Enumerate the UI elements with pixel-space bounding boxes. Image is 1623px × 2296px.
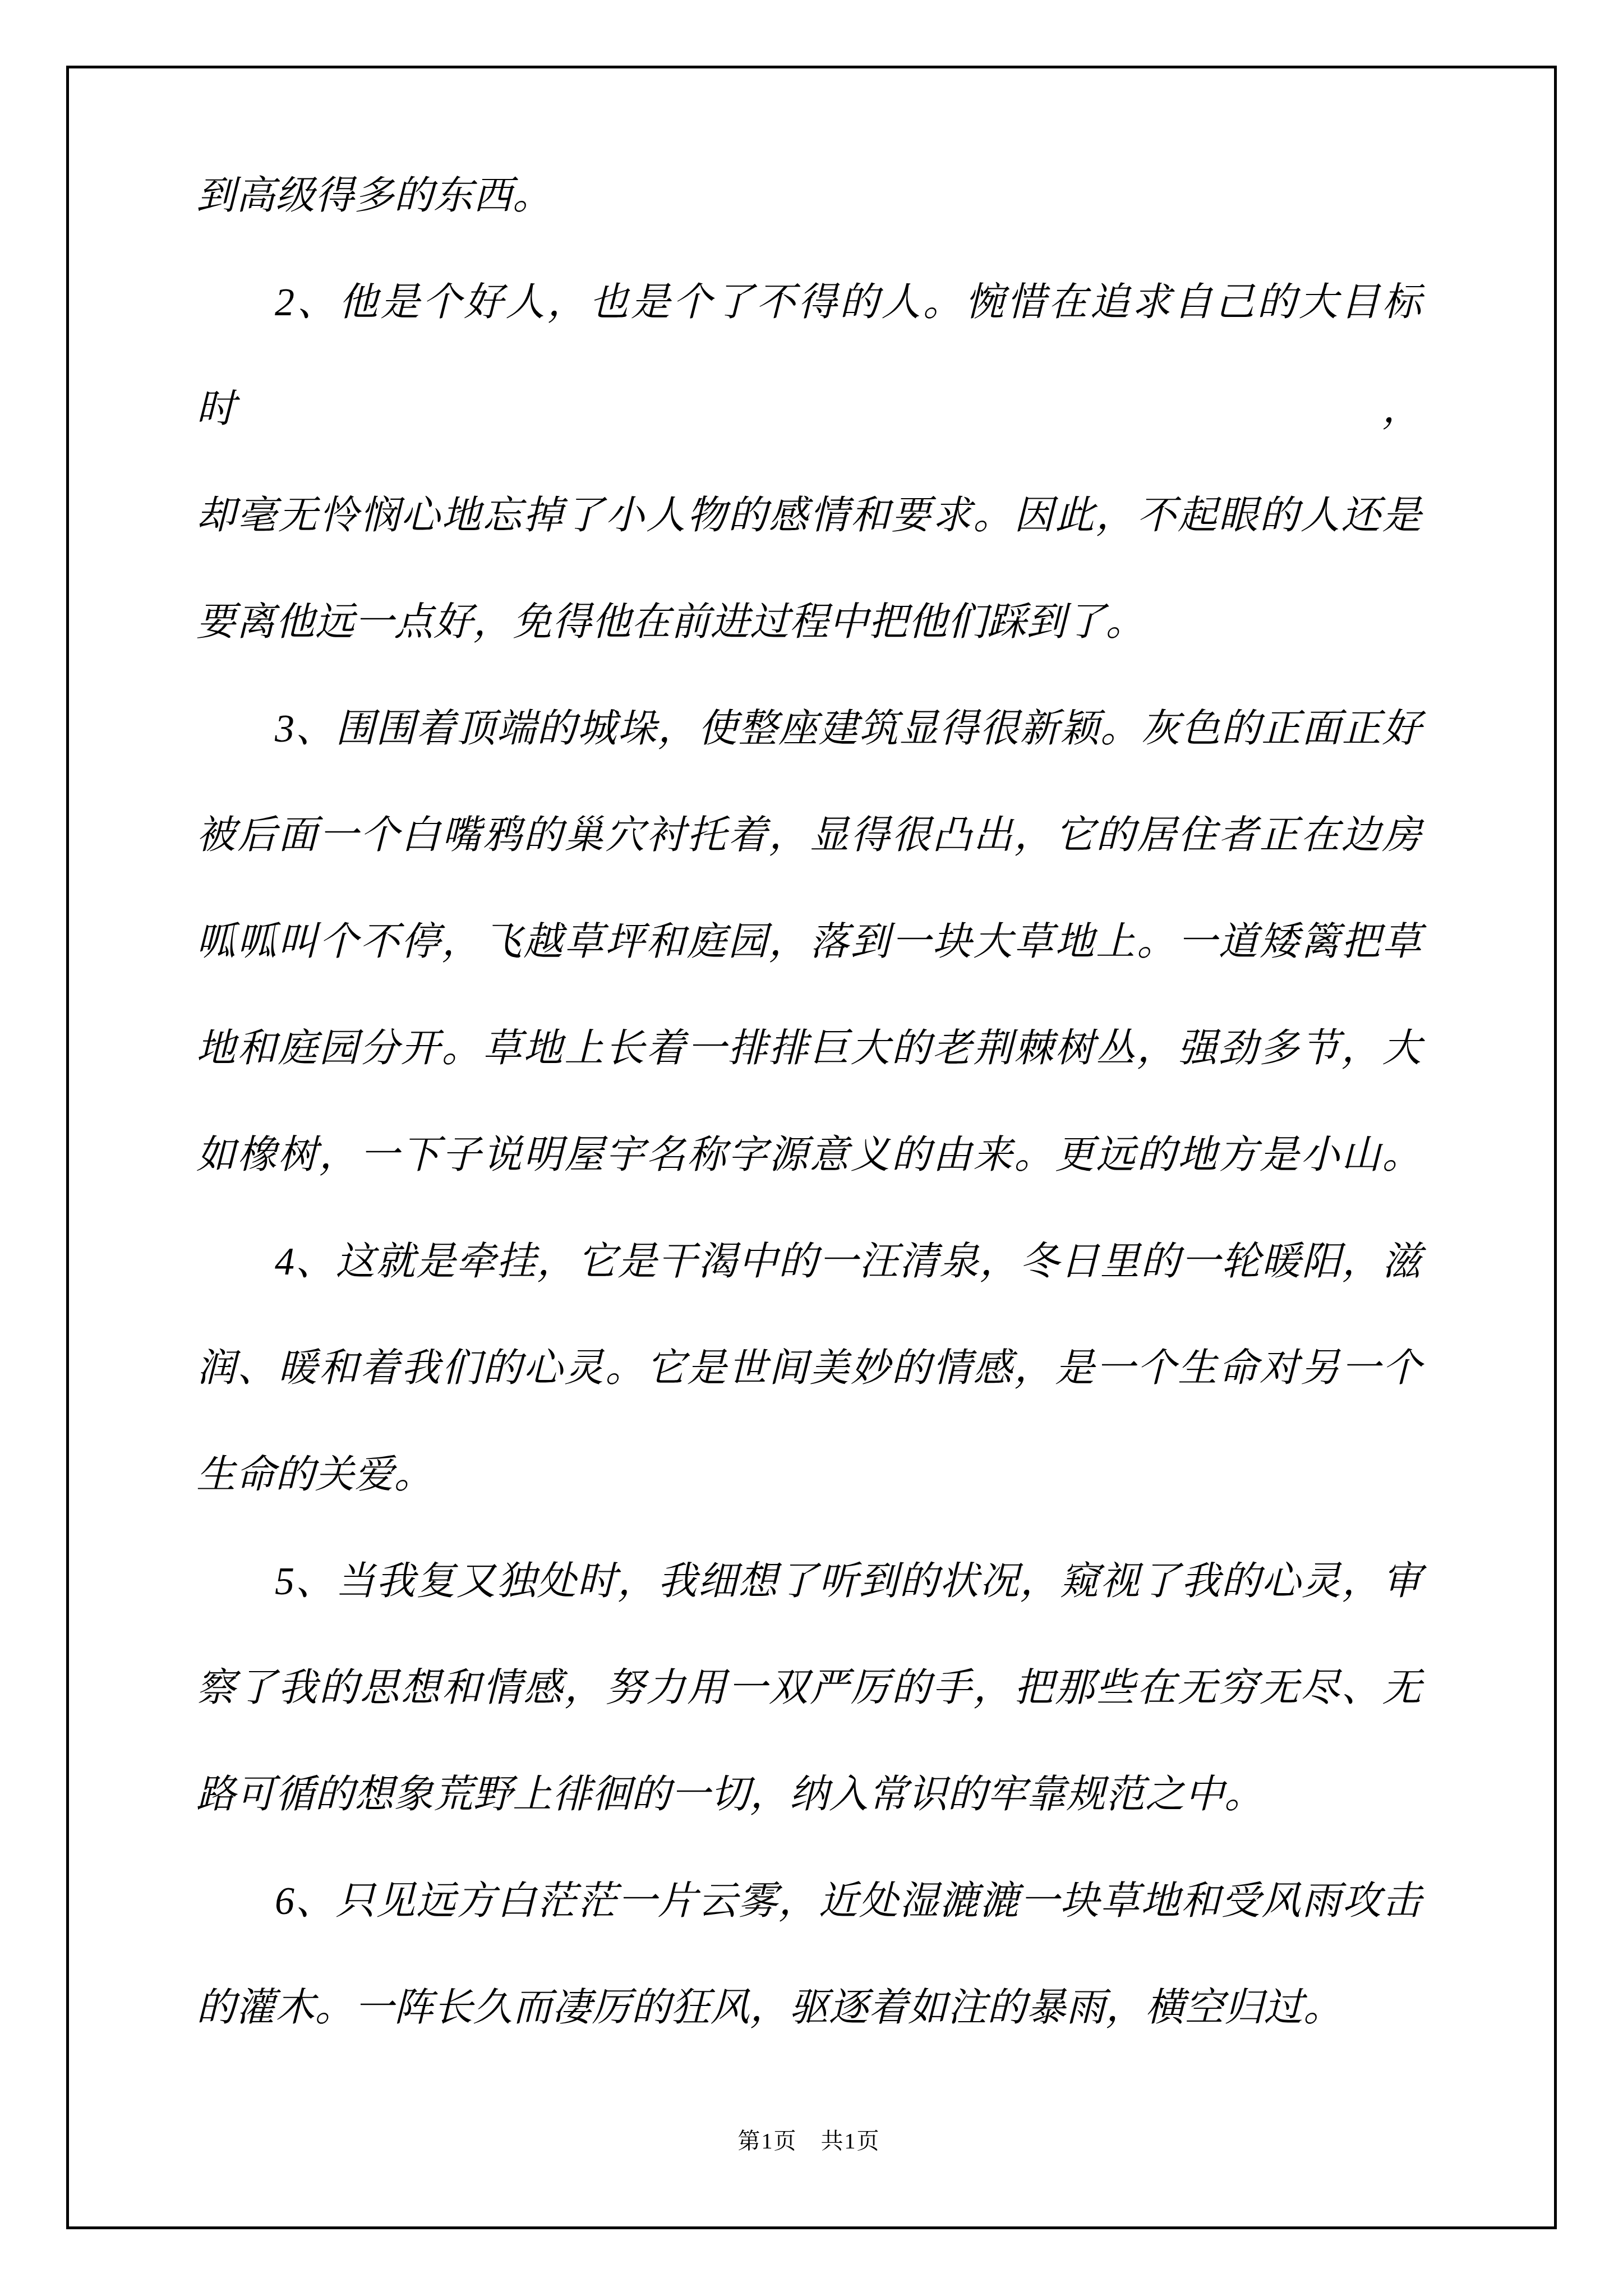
text-line: 到高级得多的东西。 — [196, 143, 1422, 250]
text-line: 要离他远一点好，免得他在前进过程中把他们踩到了。 — [196, 569, 1422, 676]
text-line: 5、当我复又独处时，我细想了听到的状况，窥视了我的心灵，审 — [196, 1529, 1422, 1635]
text-line: 路可循的想象荒野上徘徊的一切，纳入常识的牢靠规范之中。 — [196, 1742, 1422, 1848]
text-line: 如橡树，一下子说明屋宇名称字源意义的由来。更远的地方是小山。 — [196, 1102, 1422, 1209]
text-line: 4、这就是牵挂，它是干渴中的一汪清泉，冬日里的一轮暖阳，滋 — [196, 1209, 1422, 1315]
footer-page-number: 第1页 — [738, 2128, 797, 2154]
page-footer: 第1页共1页 — [196, 2123, 1422, 2155]
footer-total-pages: 共1页 — [821, 2128, 880, 2154]
text-line: 生命的关爱。 — [196, 1422, 1422, 1529]
document-page: 到高级得多的东西。 2、他是个好人，也是个了不得的人。惋惜在追求自己的大目标时，… — [0, 0, 1623, 2296]
text-line: 察了我的思想和情感，努力用一双严厉的手，把那些在无穷无尽、无 — [196, 1635, 1422, 1742]
text-line: 被后面一个白嘴鸦的巢穴衬托着，显得很凸出，它的居住者正在边房 — [196, 783, 1422, 889]
document-body: 到高级得多的东西。 2、他是个好人，也是个了不得的人。惋惜在追求自己的大目标时，… — [196, 143, 1422, 2062]
text-line: 的灌木。一阵长久而凄厉的狂风，驱逐着如注的暴雨，横空归过。 — [196, 1955, 1422, 2062]
text-line: 地和庭园分开。草地上长着一排排巨大的老荆棘树丛，强劲多节，大 — [196, 996, 1422, 1102]
text-line: 呱呱叫个不停，飞越草坪和庭园，落到一块大草地上。一道矮篱把草 — [196, 889, 1422, 996]
text-line: 2、他是个好人，也是个了不得的人。惋惜在追求自己的大目标时， — [196, 250, 1422, 463]
text-line: 3、围围着顶端的城垛，使整座建筑显得很新颖。灰色的正面正好 — [196, 676, 1422, 783]
text-line: 6、只见远方白茫茫一片云雾，近处湿漉漉一块草地和受风雨攻击 — [196, 1848, 1422, 1955]
text-line: 润、暖和着我们的心灵。它是世间美妙的情感，是一个生命对另一个 — [196, 1315, 1422, 1422]
text-line: 却毫无怜悯心地忘掉了小人物的感情和要求。因此，不起眼的人还是 — [196, 463, 1422, 569]
